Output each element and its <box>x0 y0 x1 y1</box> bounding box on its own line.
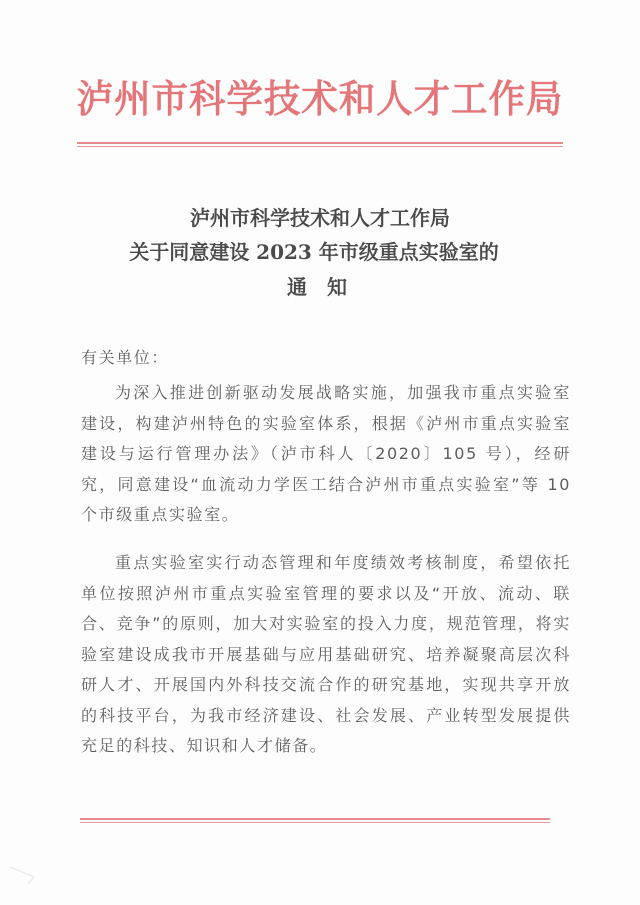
document-title-line-1: 泸州市科学技术和人才工作局 <box>0 203 640 233</box>
footer-divider <box>80 818 550 824</box>
body-paragraph-2: 重点实验室实行动态管理和年度绩效考核制度，希望依托单位按照泸州市重点实验室管理的… <box>81 548 571 762</box>
divider-thin-line <box>80 822 550 823</box>
divider-thin-line <box>77 146 563 147</box>
salutation: 有关单位： <box>81 343 571 374</box>
document-title-line-2: 关于同意建设 2023 年市级重点实验室的 <box>0 237 634 267</box>
document-title-line-3: 通知 <box>0 272 640 302</box>
letterhead-org-name: 泸州市科学技术和人才工作局 <box>13 74 627 124</box>
divider-thick-line <box>80 818 550 820</box>
letterhead-divider <box>77 142 563 148</box>
divider-thick-line <box>77 142 563 144</box>
document-page: 泸州市科学技术和人才工作局 泸州市科学技术和人才工作局 关于同意建设 2023 … <box>0 0 640 905</box>
paper-fold-mark-icon <box>8 865 36 885</box>
body-paragraph-1: 为深入推进创新驱动发展战略实施，加强我市重点实验室建设，构建泸州特色的实验室体系… <box>81 378 571 531</box>
